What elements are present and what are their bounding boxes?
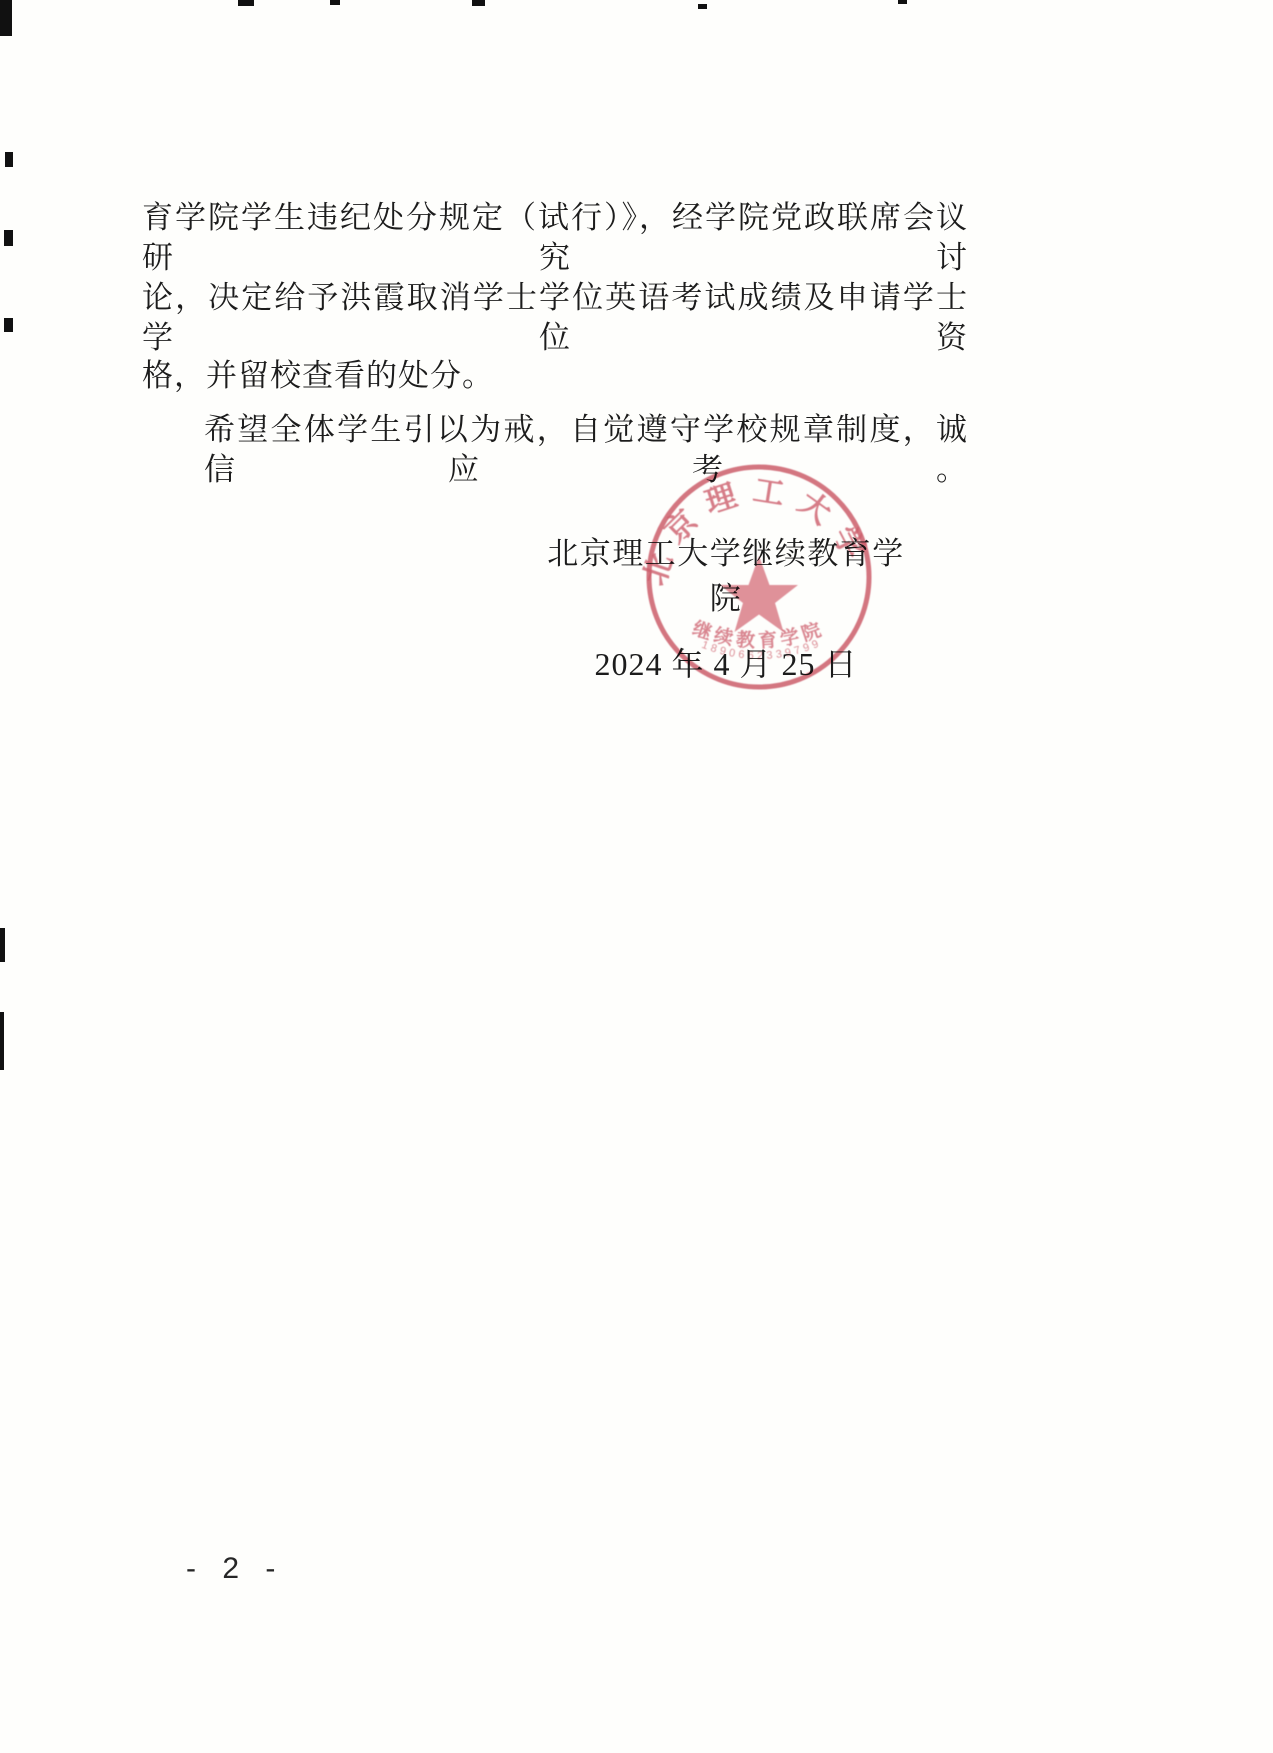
signature-block: 北京理工大学继续教育学院 2024 年 4 月 25 日 bbox=[540, 528, 912, 685]
body-text-line: 格，并留校查看的处分。 bbox=[142, 356, 968, 396]
scan-artifact bbox=[698, 4, 707, 9]
scan-artifact bbox=[472, 0, 485, 6]
scan-artifact bbox=[238, 0, 254, 6]
scan-artifact bbox=[0, 928, 5, 962]
body-text-line: 希望全体学生引以为戒，自觉遵守学校规章制度，诚信应考。 bbox=[142, 410, 968, 490]
signature-date: 2024 年 4 月 25 日 bbox=[540, 639, 912, 685]
scan-artifact bbox=[4, 318, 13, 332]
body-text-line: 论，决定给予洪霞取消学士学位英语考试成绩及申请学士学位资 bbox=[142, 278, 968, 358]
scan-artifact bbox=[898, 0, 907, 4]
scan-artifact bbox=[330, 0, 340, 5]
scan-artifact bbox=[4, 230, 13, 246]
page-number: - 2 - bbox=[186, 1552, 284, 1586]
signature-org-name: 北京理工大学继续教育学院 bbox=[540, 528, 912, 618]
body-text-line: 育学院学生违纪处分规定（试行）》，经学院党政联席会议研究讨 bbox=[142, 198, 968, 278]
scan-artifact bbox=[0, 0, 12, 36]
scan-artifact bbox=[5, 152, 13, 167]
document-page: 育学院学生违纪处分规定（试行）》，经学院党政联席会议研究讨 论，决定给予洪霞取消… bbox=[0, 0, 1273, 1753]
scan-artifact bbox=[0, 1012, 4, 1070]
